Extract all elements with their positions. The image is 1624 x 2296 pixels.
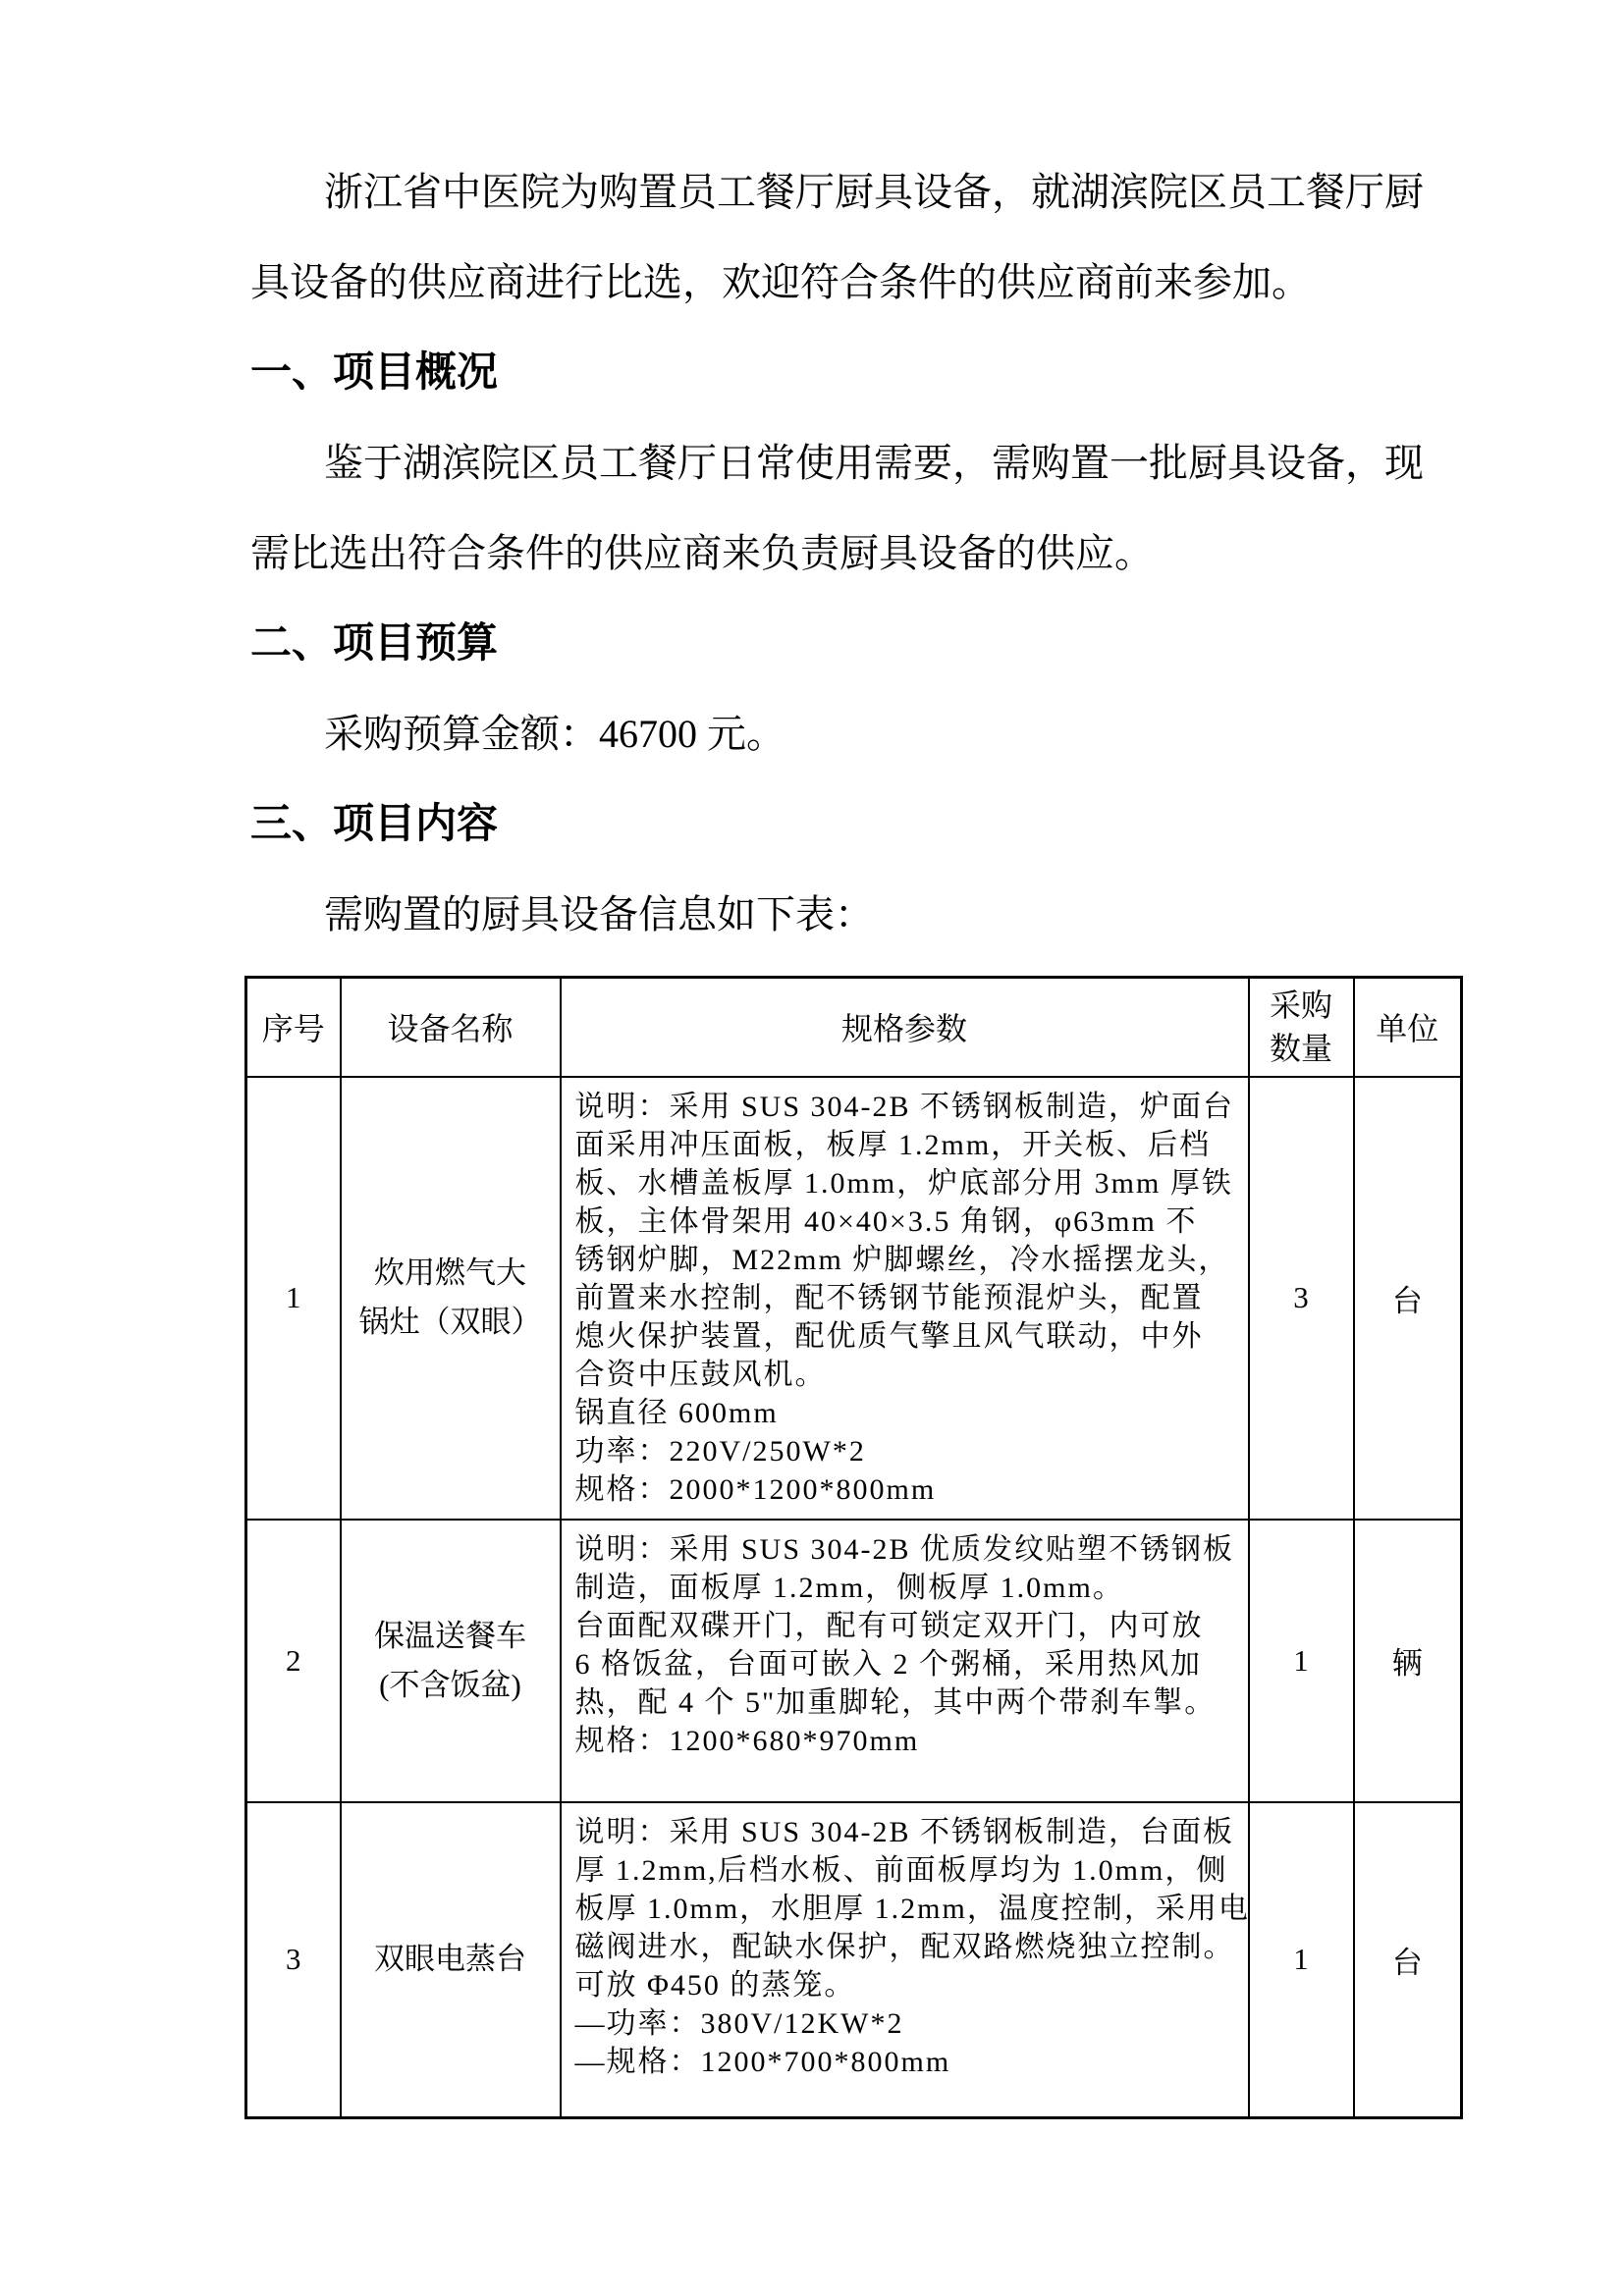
- equipment-qty: 1: [1249, 1520, 1354, 1802]
- header-spec: 规格参数: [561, 978, 1249, 1077]
- row-index: 1: [246, 1077, 341, 1520]
- section-heading-overview: 一、项目概况: [250, 328, 1467, 418]
- section-heading-budget: 二、项目预算: [250, 599, 1467, 689]
- equipment-spec: 说明：采用 SUS 304-2B 不锈钢板制造，台面板厚 1.2mm,后档水板、…: [561, 1802, 1249, 2118]
- document-page: 浙江省中医院为购置员工餐厅厨具设备，就湖滨院区员工餐厅厨 具设备的供应商进行比选…: [0, 0, 1624, 2296]
- table-row: 2 保温送餐车(不含饭盆) 说明：采用 SUS 304-2B 优质发纹贴塑不锈钢…: [246, 1520, 1462, 1802]
- overview-line: 鉴于湖滨院区员工餐厅日常使用需要，需购置一批厨具设备，现: [250, 418, 1467, 508]
- intro-line: 具设备的供应商进行比选，欢迎符合条件的供应商前来参加。: [250, 238, 1467, 328]
- table-row: 1 炊用燃气大锅灶（双眼） 说明：采用 SUS 304-2B 不锈钢板制造，炉面…: [246, 1077, 1462, 1520]
- equipment-spec: 说明：采用 SUS 304-2B 不锈钢板制造，炉面台面采用冲压面板，板厚 1.…: [561, 1077, 1249, 1520]
- budget-amount-line: 采购预算金额：46700 元。: [250, 689, 1467, 779]
- row-index: 3: [246, 1802, 341, 2118]
- equipment-unit: 台: [1354, 1077, 1462, 1520]
- overview-line: 需比选出符合条件的供应商来负责厨具设备的供应。: [250, 508, 1467, 599]
- equipment-qty: 3: [1249, 1077, 1354, 1520]
- header-qty: 采购数量: [1249, 978, 1354, 1077]
- intro-paragraph: 浙江省中医院为购置员工餐厅厨具设备，就湖滨院区员工餐厅厨 具设备的供应商进行比选…: [250, 147, 1467, 328]
- header-unit: 单位: [1354, 978, 1462, 1077]
- equipment-name: 双眼电蒸台: [341, 1802, 561, 2118]
- equipment-name: 保温送餐车(不含饭盆): [341, 1520, 561, 1802]
- intro-line: 浙江省中医院为购置员工餐厅厨具设备，就湖滨院区员工餐厅厨: [250, 147, 1467, 238]
- header-name: 设备名称: [341, 978, 561, 1077]
- table-row: 3 双眼电蒸台 说明：采用 SUS 304-2B 不锈钢板制造，台面板厚 1.2…: [246, 1802, 1462, 2118]
- equipment-spec: 说明：采用 SUS 304-2B 优质发纹贴塑不锈钢板制造，面板厚 1.2mm，…: [561, 1520, 1249, 1802]
- equipment-name: 炊用燃气大锅灶（双眼）: [341, 1077, 561, 1520]
- table-header-row: 序号 设备名称 规格参数 采购数量 单位: [246, 978, 1462, 1077]
- overview-paragraph: 鉴于湖滨院区员工餐厅日常使用需要，需购置一批厨具设备，现 需比选出符合条件的供应…: [250, 418, 1467, 599]
- section-heading-content: 三、项目内容: [250, 779, 1467, 870]
- table-intro-paragraph: 需购置的厨具设备信息如下表：: [250, 870, 1467, 960]
- row-index: 2: [246, 1520, 341, 1802]
- equipment-qty: 1: [1249, 1802, 1354, 2118]
- equipment-unit: 辆: [1354, 1520, 1462, 1802]
- equipment-unit: 台: [1354, 1802, 1462, 2118]
- table-intro-line: 需购置的厨具设备信息如下表：: [250, 870, 1467, 960]
- header-index: 序号: [246, 978, 341, 1077]
- budget-paragraph: 采购预算金额：46700 元。: [250, 689, 1467, 779]
- equipment-table: 序号 设备名称 规格参数 采购数量 单位 1 炊用燃气大锅灶（双眼） 说明：采用…: [244, 976, 1463, 2119]
